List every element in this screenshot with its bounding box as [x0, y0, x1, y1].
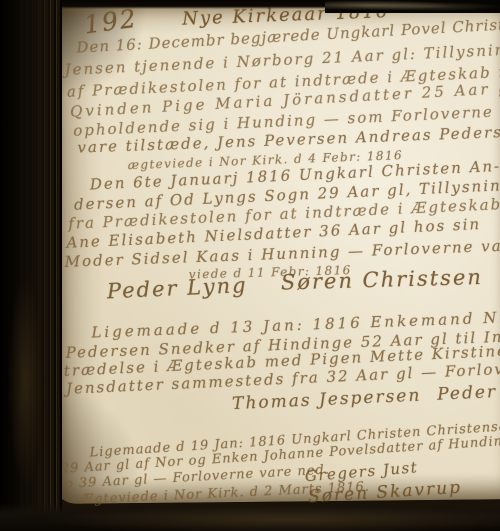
signature: Søren Christsen	[281, 265, 484, 295]
page-number: 192	[82, 4, 139, 40]
photo-frame: 192 Nye Kirkeaar 1816 Den 16: Decembr be…	[0, 0, 500, 531]
binding-highlight	[8, 271, 42, 491]
signature: Peder Lyng	[106, 273, 248, 303]
signature: Peder Bye	[437, 380, 500, 405]
manuscript-page: 192 Nye Kirkeaar 1816 Den 16: Decembr be…	[46, 1, 500, 504]
book-edge-bottom	[0, 503, 500, 531]
signature: Thomas Jespersen	[232, 385, 422, 414]
signature-gap	[422, 400, 438, 401]
book-edge-top-right	[325, 0, 500, 13]
